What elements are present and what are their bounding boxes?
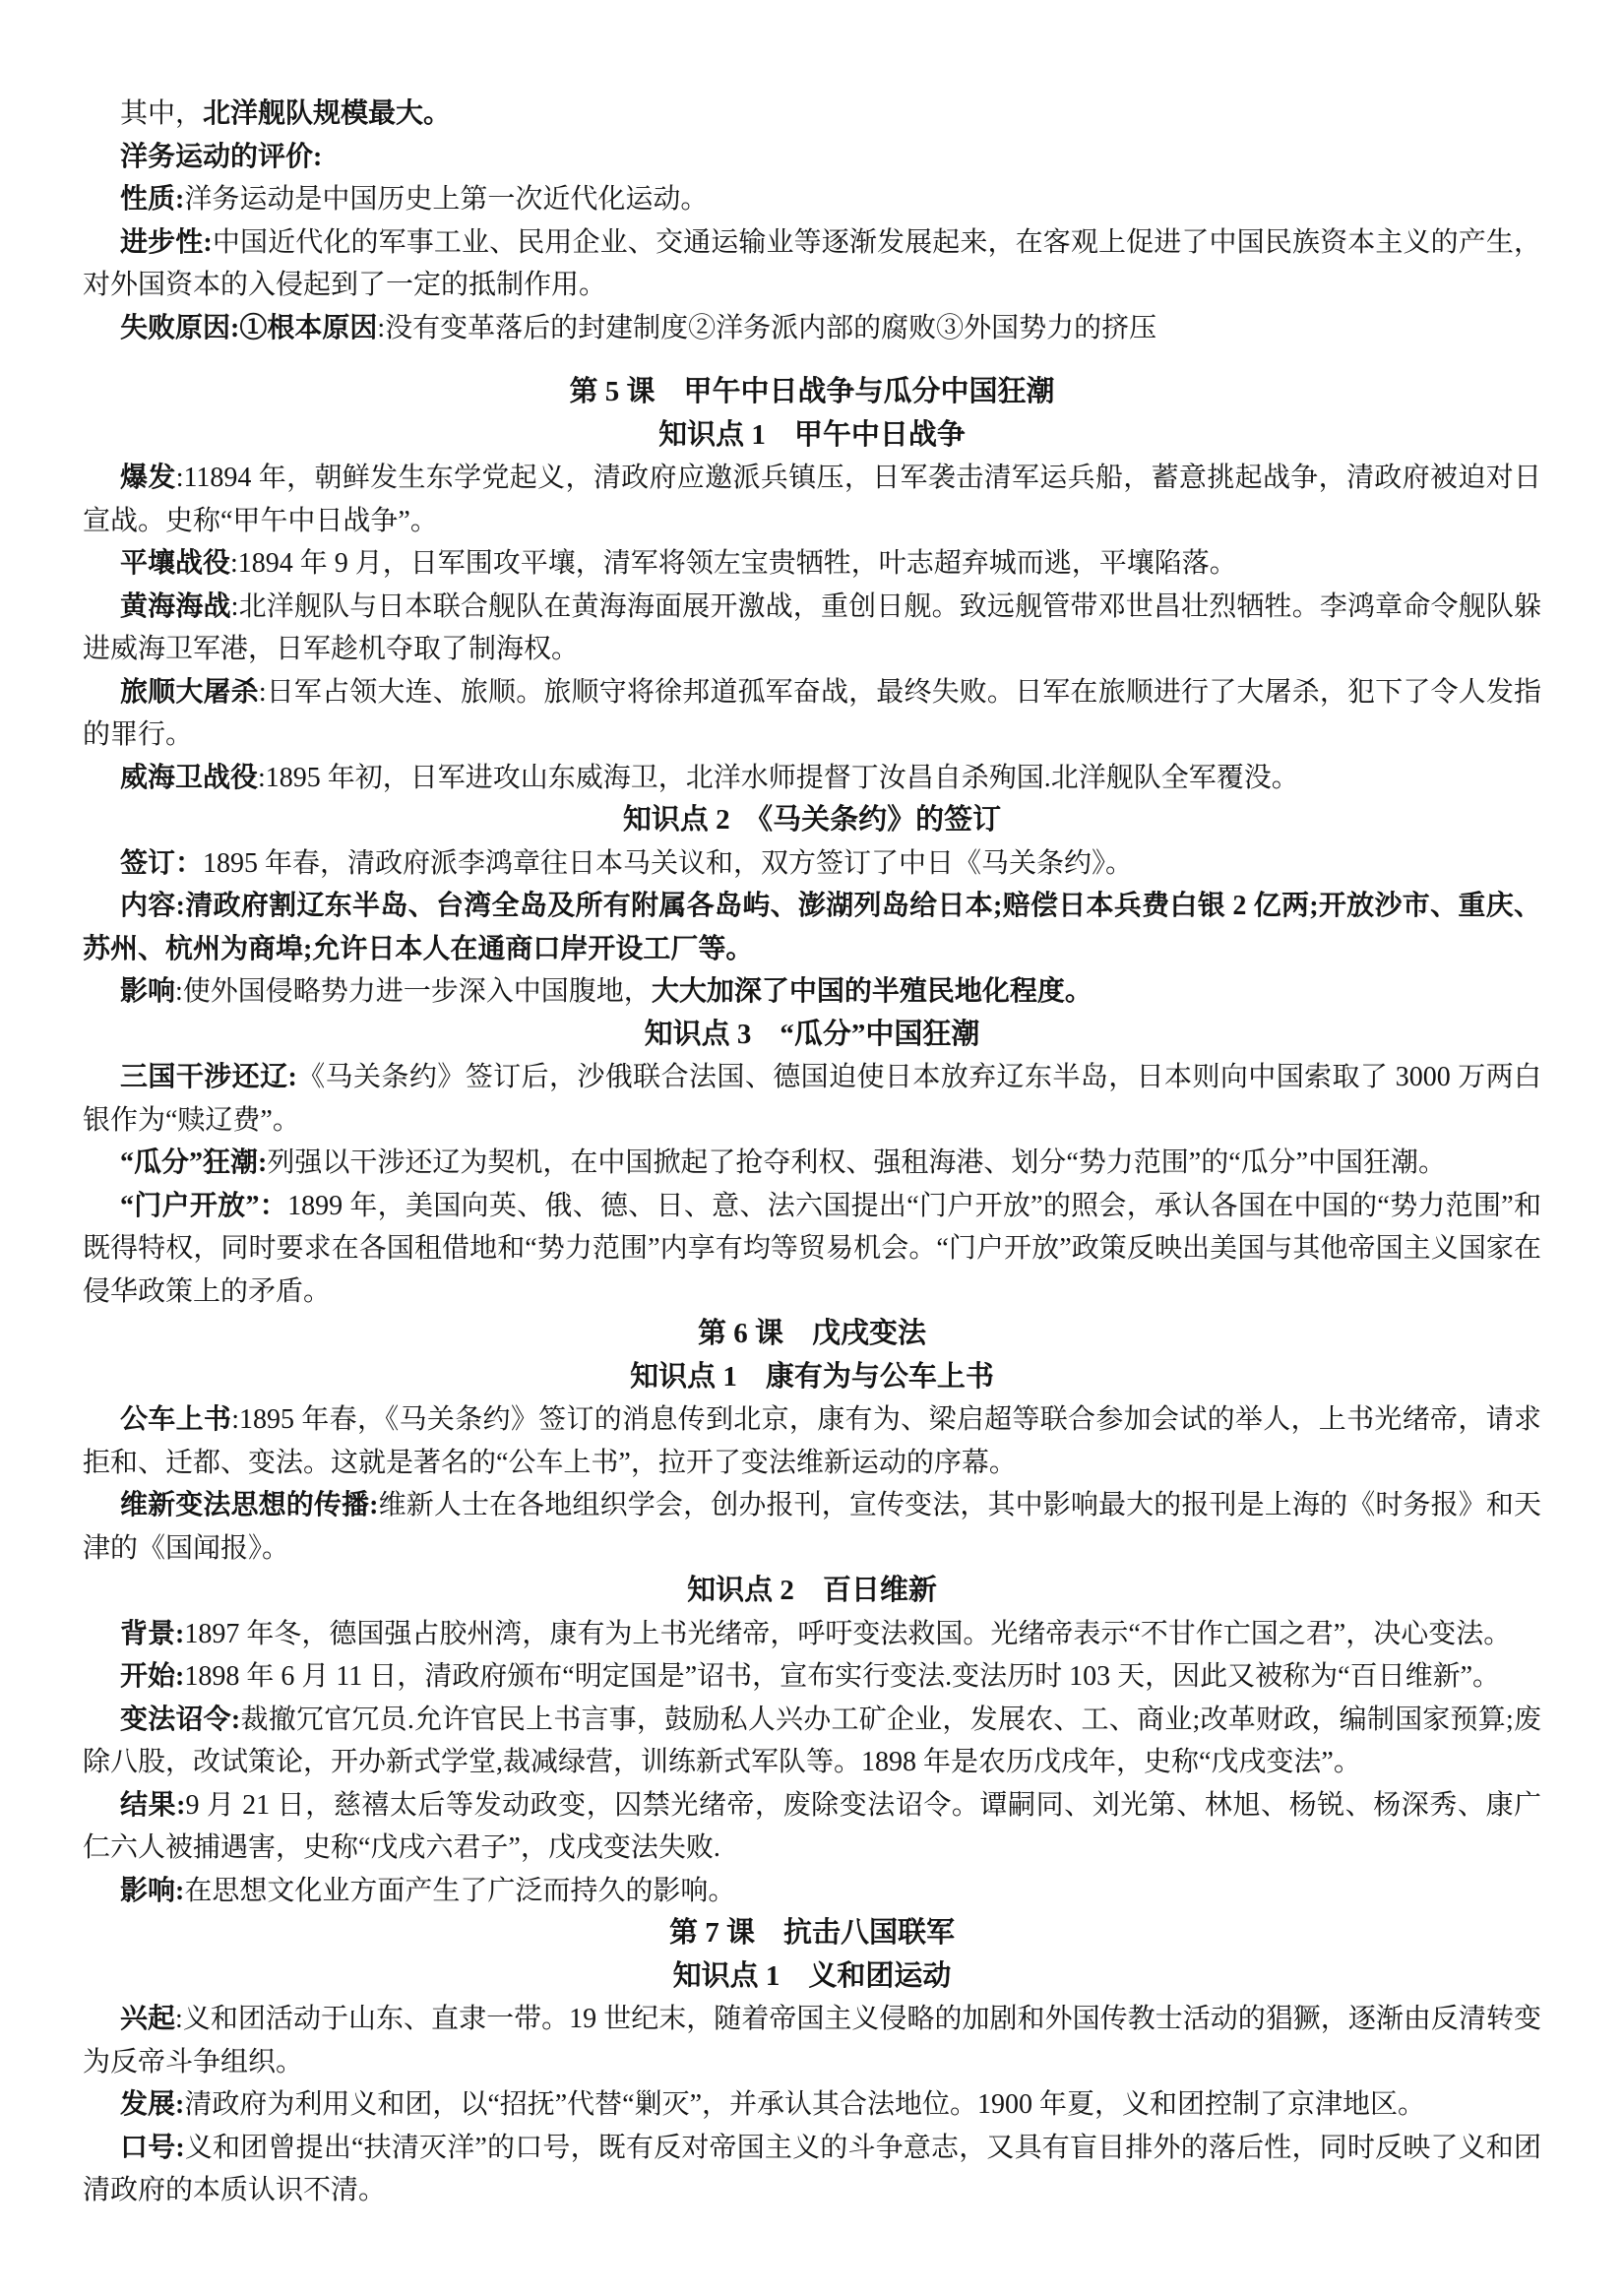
- text-segment: 《马关条约》签订后，沙俄联合法国、德国迫使日本放弃辽东半岛，日本则向中国索取了 …: [83, 1062, 1541, 1136]
- paragraph: 口号:义和团曾提出“扶清灭洋”的口号，既有反对帝国主义的斗争意志，又具有盲目排外…: [83, 2127, 1541, 2212]
- paragraph: 公车上书:1895 年春，《马关条约》签订的消息传到北京，康有为、梁启超等联合参…: [83, 1398, 1541, 1484]
- bold-text-segment: 旅顺大屠杀: [120, 677, 259, 708]
- paragraph: 结果:9 月 21 日，慈禧太后等发动政变，囚禁光绪帝，废除变法诏令。谭嗣同、刘…: [83, 1784, 1541, 1870]
- text-segment: :义和团活动于山东、直隶一带。19 世纪末，随着帝国主义侵略的加剧和外国传教士活…: [83, 2004, 1541, 2077]
- paragraph: 洋务运动的评价:: [83, 136, 1541, 179]
- paragraph: 影响:使外国侵略势力进一步深入中国腹地，大大加深了中国的半殖民地化程度。: [83, 970, 1541, 1014]
- paragraph: “瓜分”狂潮:列强以干涉还辽为契机，在中国掀起了抢夺利权、强租海港、划分“势力范…: [83, 1142, 1541, 1185]
- lesson-heading: 第 5 课 甲午中日战争与瓜分中国狂潮: [83, 371, 1541, 414]
- text-segment: 1898 年 6 月 11 日，清政府颁布“明定国是”诏书，宣布实行变法.变法历…: [184, 1661, 1500, 1692]
- bold-text-segment: 口号:: [120, 2133, 185, 2163]
- paragraph: 影响:在思想文化业方面产生了广泛而持久的影响。: [83, 1870, 1541, 1913]
- paragraph: 平壤战役:1894 年 9 月，日军围攻平壤，清军将领左宝贵牺牲，叶志超弃城而逃…: [83, 542, 1541, 586]
- paragraph: 爆发:11894 年，朝鲜发生东学党起义，清政府应邀派兵镇压，日军袭击清军运兵船…: [83, 457, 1541, 542]
- bold-text-segment: 北洋舰队规模最大。: [203, 98, 451, 129]
- text-segment: 中国近代化的军事工业、民用企业、交通运输业等逐渐发展起来，在客观上促进了中国民族…: [83, 227, 1541, 301]
- paragraph: 三国干涉还辽:《马关条约》签订后，沙俄联合法国、德国迫使日本放弃辽东半岛，日本则…: [83, 1056, 1541, 1142]
- lesson-heading: 第 7 课 抗击八国联军: [83, 1912, 1541, 1955]
- text-segment: :没有变革落后的封建制度②洋务派内部的腐败③外国势力的挤压: [377, 313, 1156, 343]
- paragraph: 签订：1895 年春，清政府派李鸿章往日本马关议和，双方签订了中日《马关条约》。: [83, 842, 1541, 886]
- text-segment: :1895 年初，日军进攻山东威海卫，北洋水师提督丁汝昌自杀殉国.北洋舰队全军覆…: [258, 763, 1299, 793]
- text-segment: 洋务运动是中国历史上第一次近代化运动。: [184, 184, 708, 215]
- knowledge-point-heading: 知识点 2 百日维新: [83, 1570, 1541, 1613]
- paragraph: 进步性:中国近代化的军事工业、民用企业、交通运输业等逐渐发展起来，在客观上促进了…: [83, 221, 1541, 307]
- paragraph: 背景:1897 年冬，德国强占胶州湾，康有为上书光绪帝，呼吁变法救国。光绪帝表示…: [83, 1613, 1541, 1656]
- bold-text-segment: 失败原因:①根本原因: [120, 313, 377, 343]
- bold-text-segment: 洋务运动的评价:: [120, 142, 322, 172]
- text-segment: 在思想文化业方面产生了广泛而持久的影响。: [184, 1876, 735, 1906]
- bold-text-segment: “门户开放”：: [120, 1191, 287, 1221]
- text-segment: 其中，: [120, 98, 203, 129]
- paragraph: 性质:洋务运动是中国历史上第一次近代化运动。: [83, 178, 1541, 221]
- paragraph: 维新变法思想的传播:维新人士在各地组织学会，创办报刊，宣传变法，其中影响最大的报…: [83, 1484, 1541, 1570]
- knowledge-point-heading: 知识点 1 甲午中日战争: [83, 414, 1541, 458]
- knowledge-point-heading: 知识点 1 义和团运动: [83, 1955, 1541, 1999]
- bold-text-segment: 影响:: [120, 1876, 184, 1906]
- bold-text-segment: 公车上书: [120, 1404, 231, 1435]
- bold-text-segment: 维新变法思想的传播:: [120, 1490, 379, 1520]
- bold-text-segment: 大大加深了中国的半殖民地化程度。: [652, 976, 1093, 1007]
- bold-text-segment: 爆发: [120, 463, 176, 493]
- bold-text-segment: 进步性:: [120, 227, 213, 258]
- text-segment: :使外国侵略势力进一步深入中国腹地，: [175, 976, 652, 1007]
- bold-text-segment: 结果:: [120, 1790, 185, 1821]
- bold-text-segment: 黄海海战: [120, 591, 231, 622]
- text-segment: 1897 年冬，德国强占胶州湾，康有为上书光绪帝，呼吁变法救国。光绪帝表示“不甘…: [184, 1619, 1511, 1649]
- document-page: 其中，北洋舰队规模最大。洋务运动的评价:性质:洋务运动是中国历史上第一次近代化运…: [0, 0, 1624, 2294]
- text-segment: 9 月 21 日，慈禧太后等发动政变，囚禁光绪帝，废除变法诏令。谭嗣同、刘光第、…: [83, 1790, 1541, 1864]
- text-segment: 列强以干涉还辽为契机，在中国掀起了抢夺利权、强租海港、划分“势力范围”的“瓜分”…: [267, 1147, 1446, 1178]
- paragraph: 旅顺大屠杀:日军占领大连、旅顺。旅顺守将徐邦道孤军奋战，最终失败。日军在旅顺进行…: [83, 671, 1541, 757]
- paragraph: 黄海海战:北洋舰队与日本联合舰队在黄海海面展开激战，重创日舰。致远舰管带邓世昌壮…: [83, 586, 1541, 671]
- bold-text-segment: 平壤战役: [120, 548, 230, 579]
- bold-text-segment: 性质:: [120, 184, 184, 215]
- knowledge-point-heading: 知识点 1 康有为与公车上书: [83, 1356, 1541, 1399]
- text-segment: 1895 年春，清政府派李鸿章往日本马关议和，双方签订了中日《马关条约》。: [203, 848, 1133, 879]
- bold-text-segment: “瓜分”狂潮:: [120, 1147, 267, 1178]
- bold-text-segment: 兴起: [120, 2004, 175, 2034]
- paragraph: 失败原因:①根本原因:没有变革落后的封建制度②洋务派内部的腐败③外国势力的挤压: [83, 307, 1541, 350]
- paragraph: “门户开放”：1899 年，美国向英、俄、德、日、意、法六国提出“门户开放”的照…: [83, 1185, 1541, 1314]
- paragraph: 其中，北洋舰队规模最大。: [83, 93, 1541, 136]
- bold-text-segment: 背景:: [120, 1619, 184, 1649]
- text-segment: :日军占领大连、旅顺。旅顺守将徐邦道孤军奋战，最终失败。日军在旅顺进行了大屠杀，…: [83, 677, 1541, 751]
- knowledge-point-heading: 知识点 3 “瓜分”中国狂潮: [83, 1014, 1541, 1057]
- paragraph: 开始:1898 年 6 月 11 日，清政府颁布“明定国是”诏书，宣布实行变法.…: [83, 1655, 1541, 1699]
- text-segment: 裁撤冗官冗员.允许官民上书言事，鼓励私人兴办工矿企业，发展农、工、商业;改革财政…: [83, 1705, 1541, 1778]
- paragraph: 变法诏令:裁撤冗官冗员.允许官民上书言事，鼓励私人兴办工矿企业，发展农、工、商业…: [83, 1699, 1541, 1784]
- paragraph: 威海卫战役:1895 年初，日军进攻山东威海卫，北洋水师提督丁汝昌自杀殉国.北洋…: [83, 757, 1541, 800]
- text-segment: :1894 年 9 月，日军围攻平壤，清军将领左宝贵牺牲，叶志超弃城而逃，平壤陷…: [230, 548, 1237, 579]
- text-segment: :1895 年春，《马关条约》签订的消息传到北京，康有为、梁启超等联合参加会试的…: [83, 1404, 1541, 1478]
- paragraph: 兴起:义和团活动于山东、直隶一带。19 世纪末，随着帝国主义侵略的加剧和外国传教…: [83, 1998, 1541, 2083]
- text-segment: 义和团曾提出“扶清灭洋”的口号，既有反对帝国主义的斗争意志，又具有盲目排外的落后…: [83, 2133, 1541, 2206]
- bold-text-segment: 威海卫战役: [120, 763, 258, 793]
- lesson-heading: 第 6 课 戊戌变法: [83, 1313, 1541, 1356]
- text-segment: 1899 年，美国向英、俄、德、日、意、法六国提出“门户开放”的照会，承认各国在…: [83, 1191, 1541, 1307]
- paragraph: 内容:清政府割辽东半岛、台湾全岛及所有附属各岛屿、澎湖列岛给日本;赔偿日本兵费白…: [83, 885, 1541, 970]
- bold-text-segment: 影响: [120, 976, 175, 1007]
- paragraph: 发展:清政府为利用义和团，以“招抚”代替“剿灭”，并承认其合法地位。1900 年…: [83, 2083, 1541, 2127]
- knowledge-point-heading: 知识点 2 《马关条约》的签订: [83, 799, 1541, 842]
- bold-text-segment: 发展:: [120, 2089, 184, 2120]
- bold-text-segment: 内容:清政府割辽东半岛、台湾全岛及所有附属各岛屿、澎湖列岛给日本;赔偿日本兵费白…: [83, 891, 1541, 964]
- bold-text-segment: 三国干涉还辽:: [120, 1062, 297, 1092]
- text-segment: 清政府为利用义和团，以“招抚”代替“剿灭”，并承认其合法地位。1900 年夏，义…: [184, 2089, 1425, 2120]
- bold-text-segment: 开始:: [120, 1661, 184, 1692]
- bold-text-segment: 签订：: [120, 848, 203, 879]
- text-segment: :北洋舰队与日本联合舰队在黄海海面展开激战，重创日舰。致远舰管带邓世昌壮烈牺牲。…: [83, 591, 1541, 665]
- bold-text-segment: 变法诏令:: [120, 1705, 240, 1735]
- text-segment: :11894 年，朝鲜发生东学党起义，清政府应邀派兵镇压，日军袭击清军运兵船，蓄…: [83, 463, 1541, 536]
